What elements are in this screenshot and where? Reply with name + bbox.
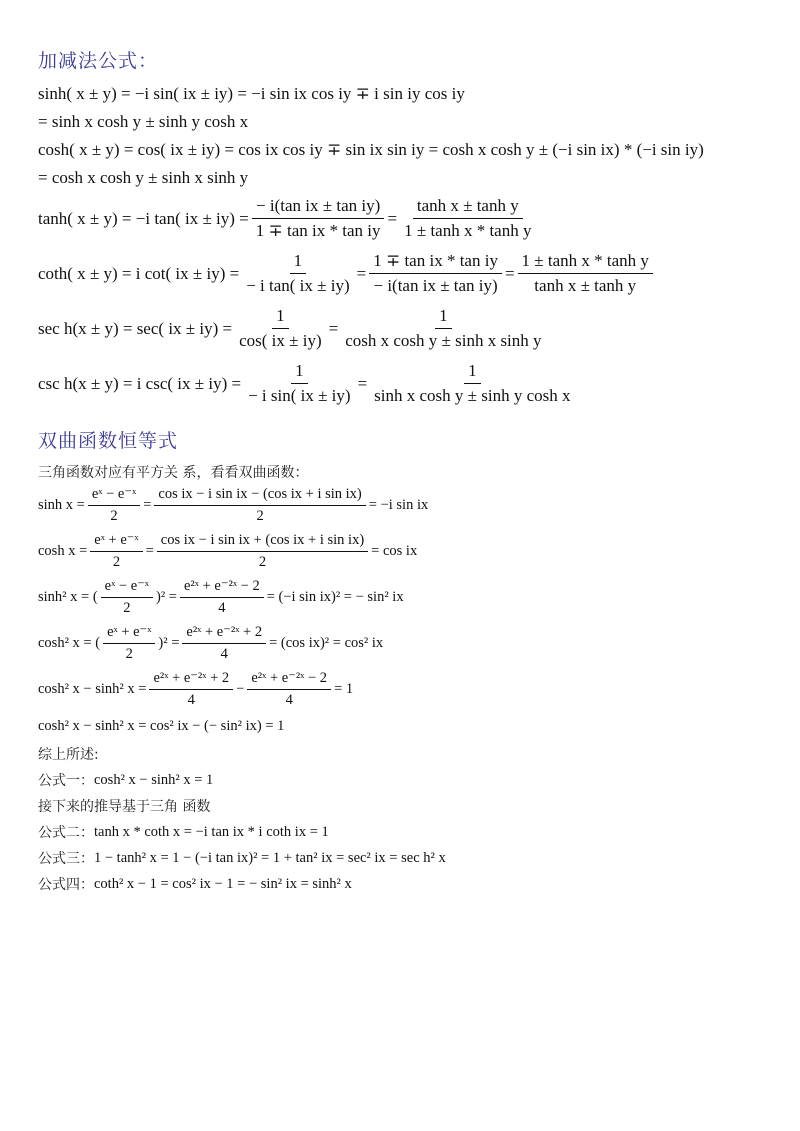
formula-expression: coth² x − 1 = cos² ix − 1 = − sin² ix = … — [94, 876, 352, 893]
formula-lhs: coth( x ± y) = i cot( ix ± iy) = — [38, 264, 239, 284]
formula-cosh-definition: cosh x = eˣ + e⁻ˣ 2 = cos ix − i sin ix … — [38, 532, 417, 571]
formula-difference-trig: cosh² x − sinh² x = cos² ix − (− sin² ix… — [38, 718, 284, 735]
denominator: 1 ± tanh x * tanh y — [400, 219, 535, 241]
numerator: eˣ − e⁻ˣ — [101, 578, 153, 598]
denominator: 4 — [282, 690, 297, 709]
denominator: 2 — [255, 552, 270, 571]
denominator: 2 — [122, 644, 137, 663]
fraction: tanh x ± tanh y 1 ± tanh x * tanh y — [400, 196, 535, 241]
equals-sign: = — [358, 374, 368, 394]
equals-sign: = — [357, 264, 367, 284]
fraction: e²ˣ + e⁻²ˣ + 2 4 — [149, 670, 233, 709]
denominator: 4 — [214, 598, 229, 617]
denominator: cosh x cosh y ± sinh x sinh y — [341, 329, 545, 351]
formula-sinh-addition-line1: sinh( x ± y) = −i sin( ix ± iy) = −i sin… — [38, 84, 465, 104]
numerator: 1 ∓ tan ix * tan iy — [369, 251, 502, 274]
denominator: tanh x ± tanh y — [530, 274, 640, 296]
fraction: e²ˣ + e⁻²ˣ + 2 4 — [182, 624, 266, 663]
numerator: 1 — [464, 361, 481, 384]
summary-label: 综上所述: — [38, 744, 99, 764]
formula-rhs: = (−i sin ix)² = − sin² ix — [267, 589, 404, 606]
fraction: e²ˣ + e⁻²ˣ − 2 4 — [180, 578, 264, 617]
formula-lhs: cosh x = — [38, 543, 87, 560]
formula-difference-exponential: cosh² x − sinh² x = e²ˣ + e⁻²ˣ + 2 4 − e… — [38, 670, 353, 709]
numerator: cos ix − i sin ix − (cos ix + i sin ix) — [154, 486, 365, 506]
fraction: eˣ − e⁻ˣ 2 — [101, 578, 153, 617]
formula-two: 公式二： tanh x * coth x = −i tan ix * i cot… — [38, 822, 329, 842]
fraction: cos ix − i sin ix − (cos ix + i sin ix) … — [154, 486, 365, 525]
numerator: eˣ − e⁻ˣ — [88, 486, 140, 506]
formula-label: 公式一： — [38, 770, 94, 790]
section-heading-addition-formulas: 加减法公式： — [38, 46, 158, 73]
formula-one: 公式一： cosh² x − sinh² x = 1 — [38, 770, 213, 790]
minus-sign: − — [236, 681, 244, 698]
formula-mid: )² = — [158, 635, 179, 652]
formula-label: 公式三： — [38, 848, 94, 868]
formula-sinh-addition-line2: = sinh x cosh y ± sinh y cosh x — [38, 112, 248, 132]
denominator: 2 — [252, 506, 267, 525]
intro-text: 三角函数对应有平方关 系，看看双曲函数： — [38, 462, 308, 482]
equals-sign: = — [143, 497, 151, 514]
formula-expression: 1 − tanh² x = 1 − (−i tan ix)² = 1 + tan… — [94, 850, 446, 867]
fraction: 1 ∓ tan ix * tan iy − i(tan ix ± tan iy) — [369, 251, 502, 296]
denominator: 2 — [119, 598, 134, 617]
formula-cosh-addition-line2: = cosh x cosh y ± sinh x sinh y — [38, 168, 248, 188]
numerator: 1 — [290, 251, 307, 274]
formula-three: 公式三： 1 − tanh² x = 1 − (−i tan ix)² = 1 … — [38, 848, 446, 868]
numerator: e²ˣ + e⁻²ˣ − 2 — [247, 670, 331, 690]
fraction: 1 − i sin( ix ± iy) — [244, 361, 355, 406]
numerator: 1 — [435, 306, 452, 329]
formula-csch-addition: csc h(x ± y) = i csc( ix ± iy) = 1 − i s… — [38, 361, 578, 406]
fraction: 1 cosh x cosh y ± sinh x sinh y — [341, 306, 545, 351]
formula-mid: )² = — [156, 589, 177, 606]
denominator: − i(tan ix ± tan iy) — [369, 274, 501, 296]
formula-rhs: = (cos ix)² = cos² ix — [269, 635, 383, 652]
numerator: eˣ + e⁻ˣ — [103, 624, 155, 644]
formula-rhs: = cos ix — [371, 543, 417, 560]
fraction: eˣ + e⁻ˣ 2 — [90, 532, 142, 571]
denominator: sinh x cosh y ± sinh y cosh x — [370, 384, 574, 406]
denominator: 1 ∓ tan ix * tan iy — [252, 219, 385, 241]
formula-rhs: = 1 — [334, 681, 353, 698]
formula-cosh-squared: cosh² x = ( eˣ + e⁻ˣ 2 )² = e²ˣ + e⁻²ˣ +… — [38, 624, 383, 663]
fraction: − i(tan ix ± tan iy) 1 ∓ tan ix * tan iy — [252, 196, 385, 241]
fraction: eˣ + e⁻ˣ 2 — [103, 624, 155, 663]
denominator: cos( ix ± iy) — [235, 329, 326, 351]
formula-sinh-squared: sinh² x = ( eˣ − e⁻ˣ 2 )² = e²ˣ + e⁻²ˣ −… — [38, 578, 404, 617]
equals-sign: = — [388, 209, 398, 229]
denominator: − i tan( ix ± iy) — [242, 274, 353, 296]
denominator: − i sin( ix ± iy) — [244, 384, 355, 406]
numerator: 1 — [272, 306, 289, 329]
formula-lhs: sec h(x ± y) = sec( ix ± iy) = — [38, 319, 232, 339]
formula-lhs: tanh( x ± y) = −i tan( ix ± iy) = — [38, 209, 249, 229]
formula-label: 公式四： — [38, 874, 94, 894]
formula-four: 公式四： coth² x − 1 = cos² ix − 1 = − sin² … — [38, 874, 352, 894]
fraction: 1 − i tan( ix ± iy) — [242, 251, 353, 296]
numerator: cos ix − i sin ix + (cos ix + i sin ix) — [157, 532, 368, 552]
numerator: tanh x ± tanh y — [413, 196, 523, 219]
document-page: 加减法公式： sinh( x ± y) = −i sin( ix ± iy) =… — [0, 0, 800, 1131]
denominator: 4 — [217, 644, 232, 663]
section-heading-hyperbolic-identities: 双曲函数恒等式 — [38, 426, 178, 453]
formula-coth-addition: coth( x ± y) = i cot( ix ± iy) = 1 − i t… — [38, 251, 656, 296]
formula-expression: cosh² x − sinh² x = 1 — [94, 772, 213, 789]
numerator: e²ˣ + e⁻²ˣ + 2 — [149, 670, 233, 690]
formula-lhs: cosh² x = ( — [38, 635, 100, 652]
formula-sech-addition: sec h(x ± y) = sec( ix ± iy) = 1 cos( ix… — [38, 306, 549, 351]
numerator: eˣ + e⁻ˣ — [90, 532, 142, 552]
formula-cosh-addition-line1: cosh( x ± y) = cos( ix ± iy) = cos ix co… — [38, 140, 704, 160]
formula-lhs: cosh² x − sinh² x = — [38, 681, 146, 698]
fraction: e²ˣ + e⁻²ˣ − 2 4 — [247, 670, 331, 709]
denominator: 2 — [109, 552, 124, 571]
equals-sign: = — [146, 543, 154, 560]
fraction: 1 ± tanh x * tanh y tanh x ± tanh y — [518, 251, 653, 296]
formula-tanh-addition: tanh( x ± y) = −i tan( ix ± iy) = − i(ta… — [38, 196, 538, 241]
fraction: eˣ − e⁻ˣ 2 — [88, 486, 140, 525]
numerator: e²ˣ + e⁻²ˣ + 2 — [182, 624, 266, 644]
denominator: 2 — [106, 506, 121, 525]
formula-lhs: sinh² x = ( — [38, 589, 98, 606]
numerator: e²ˣ + e⁻²ˣ − 2 — [180, 578, 264, 598]
numerator: 1 — [291, 361, 308, 384]
denominator: 4 — [184, 690, 199, 709]
fraction: 1 sinh x cosh y ± sinh y cosh x — [370, 361, 574, 406]
numerator: 1 ± tanh x * tanh y — [518, 251, 653, 274]
formula-label: 公式二： — [38, 822, 94, 842]
equals-sign: = — [329, 319, 339, 339]
derivation-note: 接下来的推导基于三角 函数 — [38, 796, 210, 816]
formula-lhs: csc h(x ± y) = i csc( ix ± iy) = — [38, 374, 241, 394]
fraction: cos ix − i sin ix + (cos ix + i sin ix) … — [157, 532, 368, 571]
numerator: − i(tan ix ± tan iy) — [252, 196, 384, 219]
fraction: 1 cos( ix ± iy) — [235, 306, 326, 351]
formula-rhs: = −i sin ix — [369, 497, 428, 514]
formula-expression: tanh x * coth x = −i tan ix * i coth ix … — [94, 824, 329, 841]
formula-lhs: sinh x = — [38, 497, 85, 514]
equals-sign: = — [505, 264, 515, 284]
formula-sinh-definition: sinh x = eˣ − e⁻ˣ 2 = cos ix − i sin ix … — [38, 486, 428, 525]
